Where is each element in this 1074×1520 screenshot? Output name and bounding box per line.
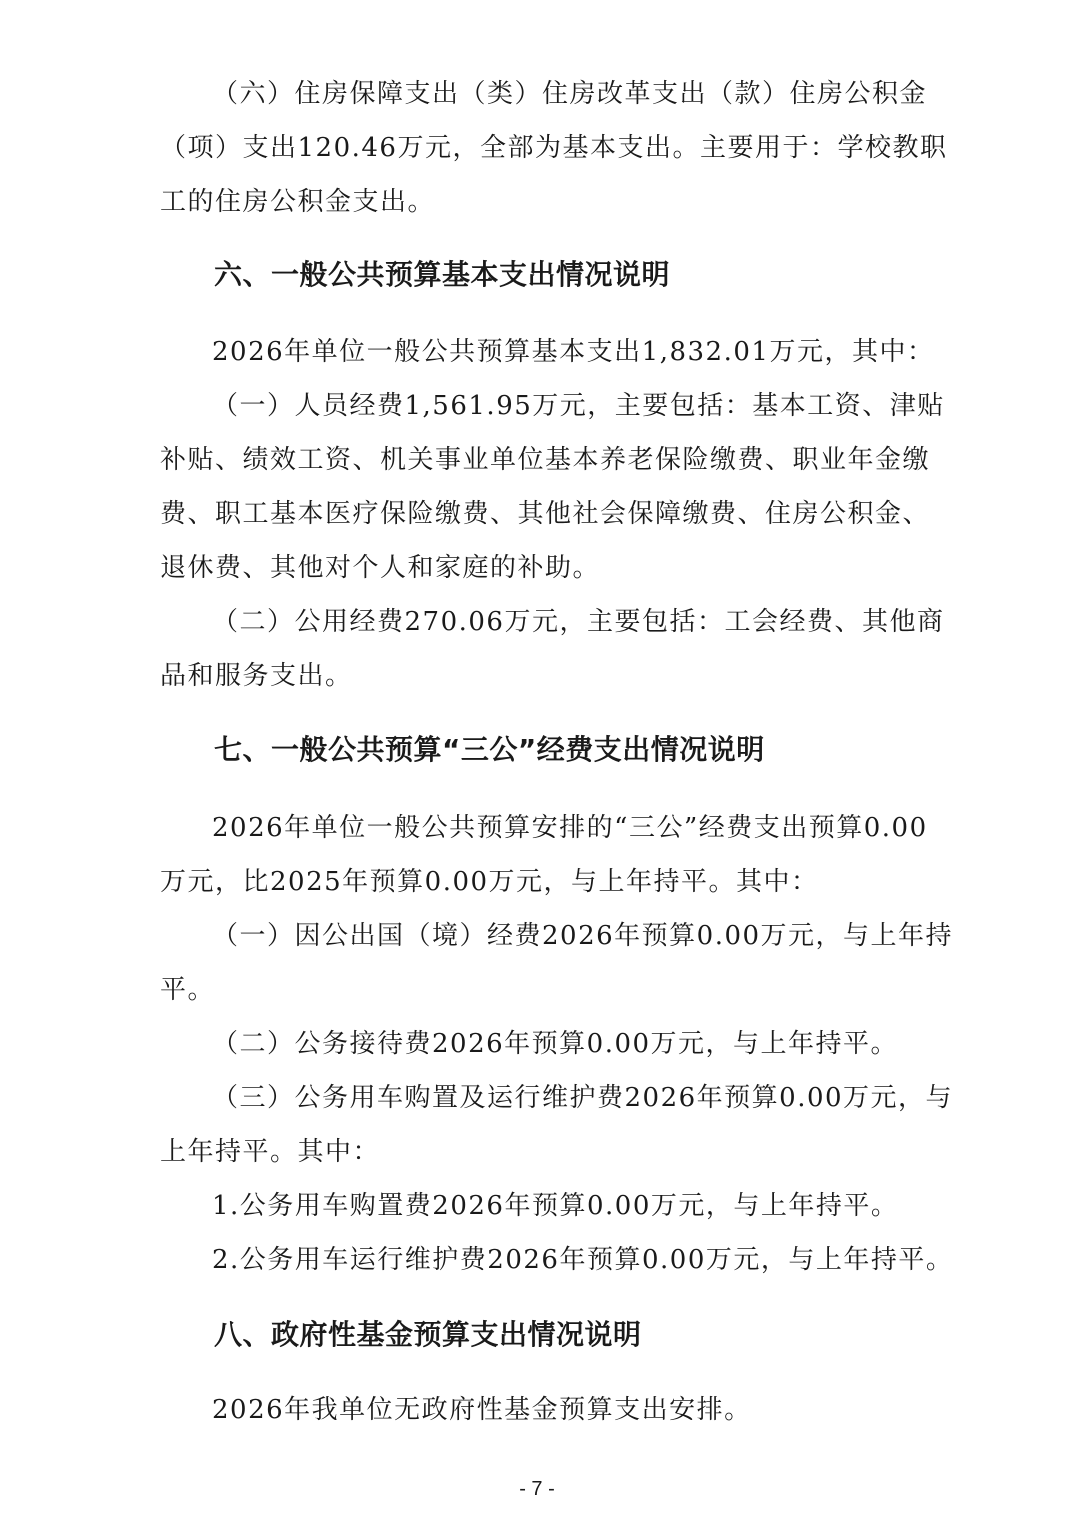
paragraph-line: 2026年单位一般公共预算基本支出1,832.01万元，其中： bbox=[212, 337, 982, 367]
paragraph-line: 平。 bbox=[160, 975, 930, 1005]
paragraph-line: 补贴、绩效工资、机关事业单位基本养老保险缴费、职业年金缴 bbox=[160, 445, 930, 475]
section-heading-7: 七、一般公共预算“三公”经费支出情况说明 bbox=[214, 734, 765, 766]
paragraph-line: 退休费、其他对个人和家庭的补助。 bbox=[160, 553, 930, 583]
paragraph-line: 1.公务用车购置费2026年预算0.00万元，与上年持平。 bbox=[212, 1191, 982, 1221]
paragraph-line: 2.公务用车运行维护费2026年预算0.00万元，与上年持平。 bbox=[212, 1245, 982, 1275]
paragraph-line: （二）公用经费270.06万元，主要包括：工会经费、其他商 bbox=[212, 607, 982, 637]
paragraph-line: 工的住房公积金支出。 bbox=[160, 187, 930, 217]
section-heading-8: 八、政府性基金预算支出情况说明 bbox=[214, 1319, 642, 1351]
paragraph-line: （三）公务用车购置及运行维护费2026年预算0.00万元，与 bbox=[212, 1083, 982, 1113]
paragraph-line: （一）人员经费1,561.95万元，主要包括：基本工资、津贴 bbox=[212, 391, 982, 421]
document-page: （六）住房保障支出（类）住房改革支出（款）住房公积金 （项）支出120.46万元… bbox=[0, 0, 1074, 1520]
paragraph-line: 2026年单位一般公共预算安排的“三公”经费支出预算0.00 bbox=[212, 813, 982, 843]
paragraph-line: （项）支出120.46万元，全部为基本支出。主要用于：学校教职 bbox=[160, 133, 930, 163]
page-number: - 7 - bbox=[0, 1478, 1074, 1501]
paragraph-line: 品和服务支出。 bbox=[160, 661, 930, 691]
section-heading-6: 六、一般公共预算基本支出情况说明 bbox=[214, 259, 670, 291]
paragraph-line: （一）因公出国（境）经费2026年预算0.00万元，与上年持 bbox=[212, 921, 982, 951]
paragraph-line: 万元，比2025年预算0.00万元，与上年持平。其中： bbox=[160, 867, 930, 897]
paragraph-line: 费、职工基本医疗保险缴费、其他社会保障缴费、住房公积金、 bbox=[160, 499, 930, 529]
paragraph-line: （六）住房保障支出（类）住房改革支出（款）住房公积金 bbox=[212, 79, 982, 109]
paragraph-line: （二）公务接待费2026年预算0.00万元，与上年持平。 bbox=[212, 1029, 982, 1059]
paragraph-line: 上年持平。其中： bbox=[160, 1137, 930, 1167]
paragraph-line: 2026年我单位无政府性基金预算支出安排。 bbox=[212, 1395, 982, 1425]
